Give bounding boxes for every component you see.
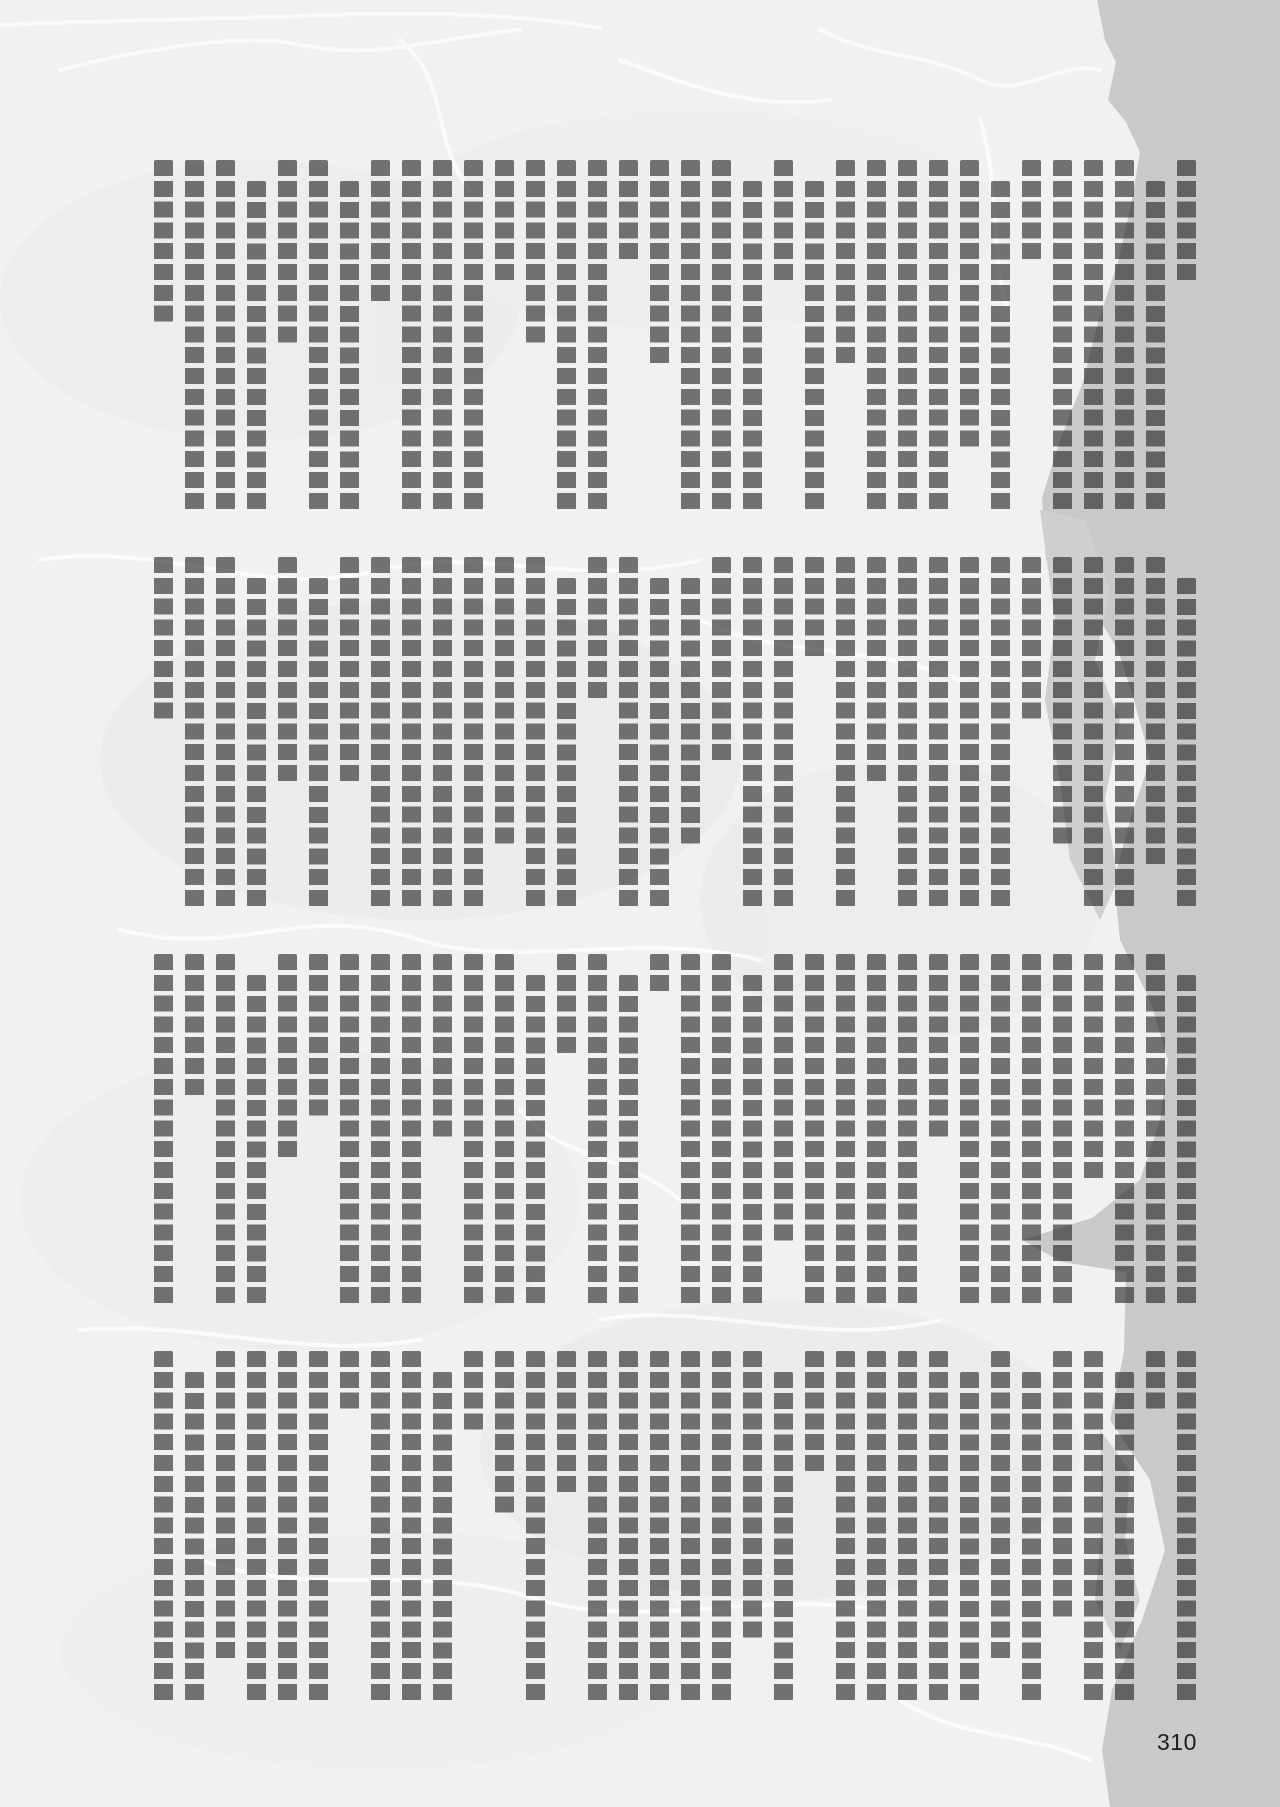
text-column: [929, 557, 948, 907]
text-column: [1084, 954, 1103, 1179]
text-column: [743, 181, 762, 510]
text-column: [619, 975, 638, 1304]
text-column: [867, 1351, 886, 1701]
text-column: [619, 557, 638, 907]
text-column: [526, 557, 545, 907]
text-column: [991, 557, 1010, 907]
text-column: [464, 1351, 483, 1430]
text-column: [929, 160, 948, 510]
text-column: [991, 1351, 1010, 1659]
text-column: [495, 1351, 514, 1513]
text-column: [1146, 181, 1165, 510]
text-column: [185, 160, 204, 510]
text-column: [371, 557, 390, 907]
text-column: [278, 1351, 297, 1701]
text-column: [247, 578, 266, 907]
text-column: [154, 1351, 173, 1701]
text-column: [1146, 557, 1165, 865]
text-column: [154, 557, 173, 719]
text-column: [1146, 954, 1165, 1304]
text-column: [805, 954, 824, 1304]
text-column: [991, 181, 1010, 510]
text-column: [309, 954, 328, 1116]
text-column: [464, 954, 483, 1304]
text-column: [960, 557, 979, 907]
body-text: [0, 0, 1280, 1807]
text-column: [1084, 160, 1103, 510]
text-column: [681, 954, 700, 1304]
text-column: [960, 954, 979, 1304]
text-column: [774, 954, 793, 1241]
text-column: [154, 954, 173, 1304]
text-column: [309, 578, 328, 907]
text-column: [278, 557, 297, 782]
text-column: [805, 1351, 824, 1472]
text-column: [1022, 160, 1041, 260]
text-column: [464, 160, 483, 510]
text-column: [867, 160, 886, 510]
text-column: [650, 578, 669, 907]
text-column: [278, 954, 297, 1158]
text-column: [1115, 160, 1134, 510]
text-column: [557, 578, 576, 907]
text-column: [898, 954, 917, 1304]
text-column: [1115, 954, 1134, 1304]
text-column: [867, 557, 886, 782]
text-column: [526, 160, 545, 343]
text-column: [154, 160, 173, 322]
text-column: [247, 1351, 266, 1701]
text-column: [216, 954, 235, 1304]
text-column: [1146, 1351, 1165, 1409]
text-column: [836, 557, 855, 907]
text-column: [1053, 954, 1072, 1304]
text-column: [340, 954, 359, 1304]
text-column: [588, 1351, 607, 1701]
text-column: [402, 1351, 421, 1701]
text-column: [929, 1351, 948, 1701]
text-column: [1022, 1372, 1041, 1701]
text-column: [371, 954, 390, 1304]
text-column: [185, 954, 204, 1096]
text-column: [991, 954, 1010, 1304]
text-column: [588, 160, 607, 510]
text-column: [433, 1372, 452, 1701]
text-column: [247, 975, 266, 1304]
text-column: [495, 557, 514, 844]
text-column: [433, 557, 452, 907]
text-column: [619, 160, 638, 260]
text-column: [743, 557, 762, 907]
text-column: [805, 557, 824, 657]
text-column: [1177, 578, 1196, 907]
text-column: [960, 160, 979, 447]
text-column: [340, 557, 359, 782]
text-column: [402, 160, 421, 510]
text-column: [929, 954, 948, 1137]
text-column: [495, 954, 514, 1304]
text-column: [309, 160, 328, 510]
page-number: 310: [1157, 1729, 1197, 1756]
text-column: [1177, 1351, 1196, 1701]
text-column: [371, 160, 390, 302]
text-column: [340, 1351, 359, 1409]
text-column: [650, 160, 669, 364]
text-column: [557, 160, 576, 510]
text-column: [836, 1351, 855, 1701]
text-column: [216, 557, 235, 907]
text-column: [712, 557, 731, 761]
text-column: [340, 181, 359, 510]
text-column: [743, 1351, 762, 1638]
text-column: [495, 160, 514, 281]
text-column: [1177, 975, 1196, 1304]
text-column: [960, 1372, 979, 1701]
text-column: [1177, 160, 1196, 281]
text-column: [743, 975, 762, 1304]
text-column: [278, 160, 297, 343]
text-column: [774, 1372, 793, 1701]
text-column: [681, 1351, 700, 1701]
text-column: [712, 160, 731, 510]
text-column: [1084, 557, 1103, 907]
text-column: [1084, 1351, 1103, 1701]
text-column: [712, 1351, 731, 1701]
text-column: [774, 557, 793, 907]
text-column: [526, 975, 545, 1304]
text-column: [185, 1372, 204, 1701]
text-column: [1053, 160, 1072, 510]
text-column: [1053, 557, 1072, 844]
text-column: [216, 1351, 235, 1659]
text-column: [185, 557, 204, 907]
text-column: [898, 160, 917, 510]
text-column: [588, 557, 607, 699]
text-column: [836, 160, 855, 364]
text-column: [650, 1351, 669, 1701]
text-column: [433, 954, 452, 1137]
text-column: [1022, 954, 1041, 1304]
text-column: [464, 557, 483, 907]
text-column: [681, 160, 700, 510]
text-column: [371, 1351, 390, 1701]
text-column: [650, 954, 669, 992]
text-column: [898, 557, 917, 907]
text-column: [1115, 1372, 1134, 1701]
text-column: [557, 1351, 576, 1493]
text-column: [898, 1351, 917, 1701]
text-column: [1022, 557, 1041, 719]
text-column: [588, 954, 607, 1304]
text-column: [1115, 557, 1134, 907]
text-column: [433, 160, 452, 510]
text-column: [309, 1351, 328, 1701]
text-column: [836, 954, 855, 1304]
text-column: [681, 578, 700, 844]
text-column: [712, 954, 731, 1304]
text-column: [247, 181, 266, 510]
text-column: [1053, 1351, 1072, 1617]
text-column: [402, 557, 421, 907]
text-column: [557, 954, 576, 1054]
text-column: [805, 181, 824, 510]
text-column: [867, 954, 886, 1304]
text-column: [526, 1351, 545, 1701]
text-column: [774, 160, 793, 281]
text-column: [216, 160, 235, 510]
text-column: [619, 1351, 638, 1701]
text-column: [402, 954, 421, 1304]
